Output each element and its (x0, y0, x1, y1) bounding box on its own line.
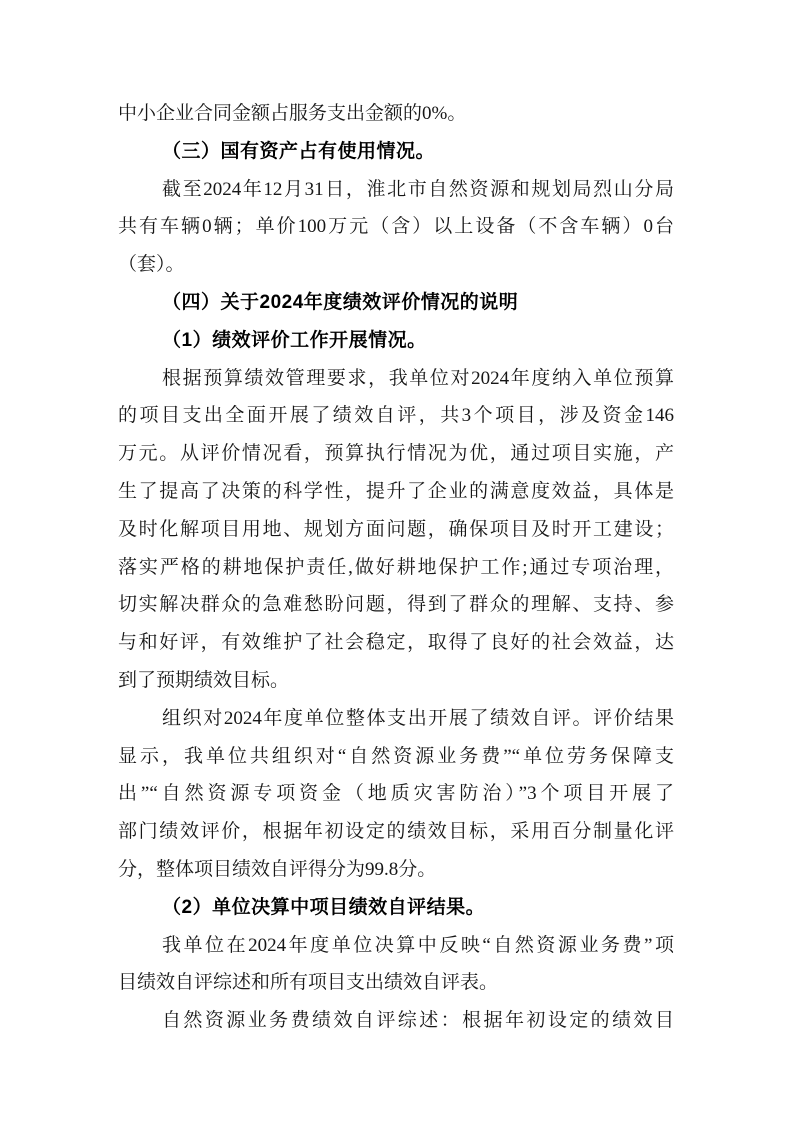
paragraph-line: 截至2024年12月31日，淮北市自然资源和规划局烈山分局 (118, 171, 674, 209)
paragraph-line: 显示，我单位共组织对“自然资源业务费”“单位劳务保障支 (118, 738, 674, 776)
paragraph-line: 落实严格的耕地保护责任,做好耕地保护工作;通过专项治理， (118, 549, 674, 587)
paragraph-line: 生了提高了决策的科学性，提升了企业的满意度效益，具体是 (118, 473, 674, 511)
document-body: 中小企业合同金额占服务支出金额的0%。（三）国有资产占有使用情况。截至2024年… (118, 95, 674, 1040)
paragraph-line: 分，整体项目绩效自评得分为99.8分。 (118, 851, 674, 889)
paragraph-line: 万元。从评价情况看，预算执行情况为优，通过项目实施，产 (118, 435, 674, 473)
document-page: 中小企业合同金额占服务支出金额的0%。（三）国有资产占有使用情况。截至2024年… (0, 0, 794, 1122)
paragraph-line: 中小企业合同金额占服务支出金额的0%。 (118, 95, 674, 133)
section-heading-line: （四）关于2024年度绩效评价情况的说明 (118, 284, 674, 322)
paragraph-line: 切实解决群众的急难愁盼问题，得到了群众的理解、支持、参 (118, 586, 674, 624)
section-heading-line: （三）国有资产占有使用情况。 (118, 133, 674, 171)
paragraph-line: 与和好评，有效维护了社会稳定，取得了良好的社会效益，达 (118, 624, 674, 662)
paragraph-line: 共有车辆0辆；单价100万元（含）以上设备（不含车辆）0台 (118, 208, 674, 246)
paragraph-line: 根据预算绩效管理要求，我单位对2024年度纳入单位预算 (118, 360, 674, 398)
paragraph-line: 我单位在2024年度单位决算中反映“自然资源业务费”项 (118, 927, 674, 965)
paragraph-line: 到了预期绩效目标。 (118, 662, 674, 700)
section-heading-line: （1）绩效评价工作开展情况。 (118, 322, 674, 360)
paragraph-line: 及时化解项目用地、规划方面问题，确保项目及时开工建设； (118, 511, 674, 549)
section-heading-line: （2）单位决算中项目绩效自评结果。 (118, 889, 674, 927)
paragraph-line: 部门绩效评价，根据年初设定的绩效目标，采用百分制量化评 (118, 813, 674, 851)
paragraph-line: 组织对2024年度单位整体支出开展了绩效自评。评价结果 (118, 700, 674, 738)
paragraph-line: （套）。 (118, 246, 674, 284)
paragraph-line: 的项目支出全面开展了绩效自评，共3个项目，涉及资金146 (118, 397, 674, 435)
paragraph-line: 出”“自然资源专项资金（地质灾害防治）”3个项目开展了 (118, 775, 674, 813)
paragraph-line: 自然资源业务费绩效自评综述：根据年初设定的绩效目 (118, 1002, 674, 1040)
paragraph-line: 目绩效自评综述和所有项目支出绩效自评表。 (118, 964, 674, 1002)
